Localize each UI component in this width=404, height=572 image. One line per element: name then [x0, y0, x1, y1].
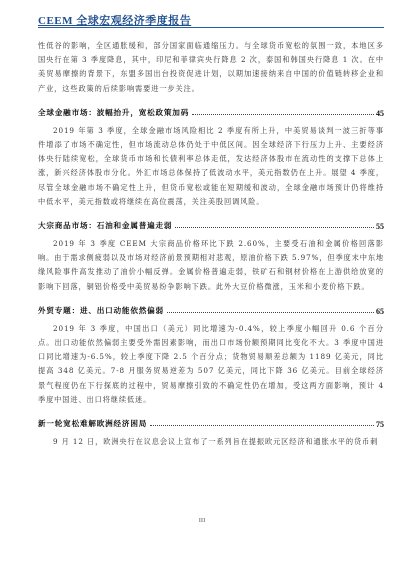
toc-title: 全球金融市场：波幅抬升，宽松政策加码: [38, 107, 189, 118]
paragraph-europe-easing: 9 月 12 日，欧洲央行在议息会议上宣布了一系列旨在提振欧元区经济和通胀水平的…: [38, 435, 384, 449]
document-body: 性低谷的影响，全区通胀缓和，部分国家面临通缩压力。与全球货币宽松的氛围一致，本地…: [38, 39, 384, 449]
toc-leader-dots: [175, 227, 374, 228]
toc-leader-dots: [150, 425, 374, 426]
toc-page-number: 55: [376, 222, 384, 231]
toc-entry-commodities[interactable]: 大宗商品市场：石油和金属普遍走弱 55: [38, 217, 384, 231]
toc-title: 新一轮宽松难解欧洲经济困局: [38, 418, 147, 429]
report-title: CEEM 全球宏观经济季度报告: [38, 12, 191, 28]
toc-entry-financial-markets[interactable]: 全球金融市场：波幅抬升，宽松政策加码 45: [38, 104, 384, 118]
toc-page-number: 75: [376, 420, 384, 429]
page-number: III: [0, 517, 404, 524]
paragraph-asia-summary: 性低谷的影响，全区通胀缓和，部分国家面临通缩压力。与全球货币宽松的氛围一致，本地…: [38, 39, 384, 96]
report-header: CEEM 全球宏观经济季度报告: [38, 15, 384, 28]
toc-entry-foreign-trade[interactable]: 外贸专题：进、出口动能依然偏弱 65: [38, 302, 384, 316]
toc-entry-europe-easing[interactable]: 新一轮宽松难解欧洲经济困局 75: [38, 415, 384, 429]
toc-title: 大宗商品市场：石油和金属普遍走弱: [38, 220, 172, 231]
toc-leader-dots: [192, 114, 374, 115]
paragraph-financial-markets: 2019 年第 3 季度，全球金融市场风险相比 2 季度有所上升，中美贸易谈判一…: [38, 124, 384, 209]
toc-leader-dots: [167, 312, 374, 313]
paragraph-commodities: 2019 年 3 季度 CEEM 大宗商品价格环比下跌 2.60%，主要受石油和…: [38, 237, 384, 294]
toc-title: 外贸专题：进、出口动能依然偏弱: [38, 305, 164, 316]
toc-page-number: 45: [376, 109, 384, 118]
paragraph-foreign-trade: 2019 年 3 季度，中国出口（美元）同比增速为-0.4%，较上季度小幅回升 …: [38, 322, 384, 407]
toc-page-number: 65: [376, 307, 384, 316]
